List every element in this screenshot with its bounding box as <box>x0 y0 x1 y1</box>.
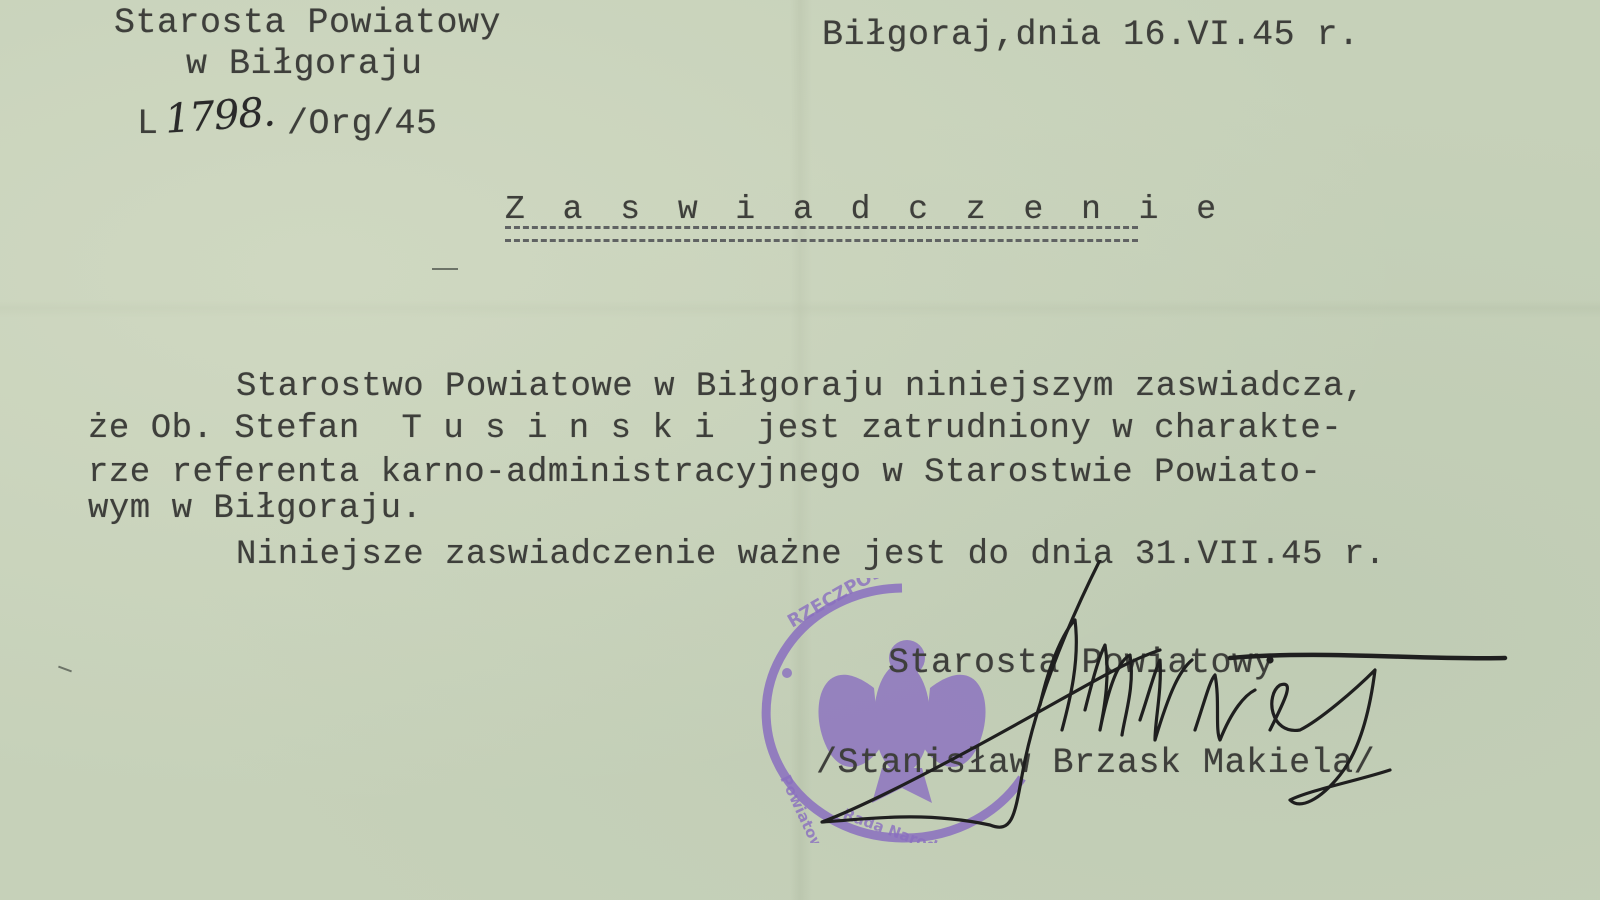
body-line-3: rze referenta karno-administracyjnego w … <box>88 456 1321 490</box>
margin-mark <box>58 666 72 673</box>
reference-suffix: /Org/45 <box>287 107 438 142</box>
margin-mark <box>432 268 458 270</box>
place-and-date: Biłgoraj,dnia 16.VI.45 r. <box>822 18 1360 53</box>
certificate-document: Starosta Powiatowy w Biłgoraju L 1798. /… <box>0 0 1600 900</box>
body-line-4: wym w Biłgoraju. <box>88 492 422 526</box>
document-title: Z a s w i a d c z e n i e <box>505 193 1225 226</box>
issuing-office-line-1: Starosta Powiatowy <box>114 6 501 41</box>
issuing-office-line-2: w Biłgoraju <box>186 47 423 82</box>
reference-handwritten-number: 1798. <box>164 92 276 140</box>
handwritten-signature <box>800 560 1520 860</box>
reference-prefix: L <box>137 107 159 142</box>
body-line-1: Starostwo Powiatowe w Biłgoraju niniejsz… <box>236 370 1365 404</box>
title-double-underline <box>505 226 1138 242</box>
body-line-2: że Ob. Stefan T u s i n s k i jest zatru… <box>88 412 1342 446</box>
